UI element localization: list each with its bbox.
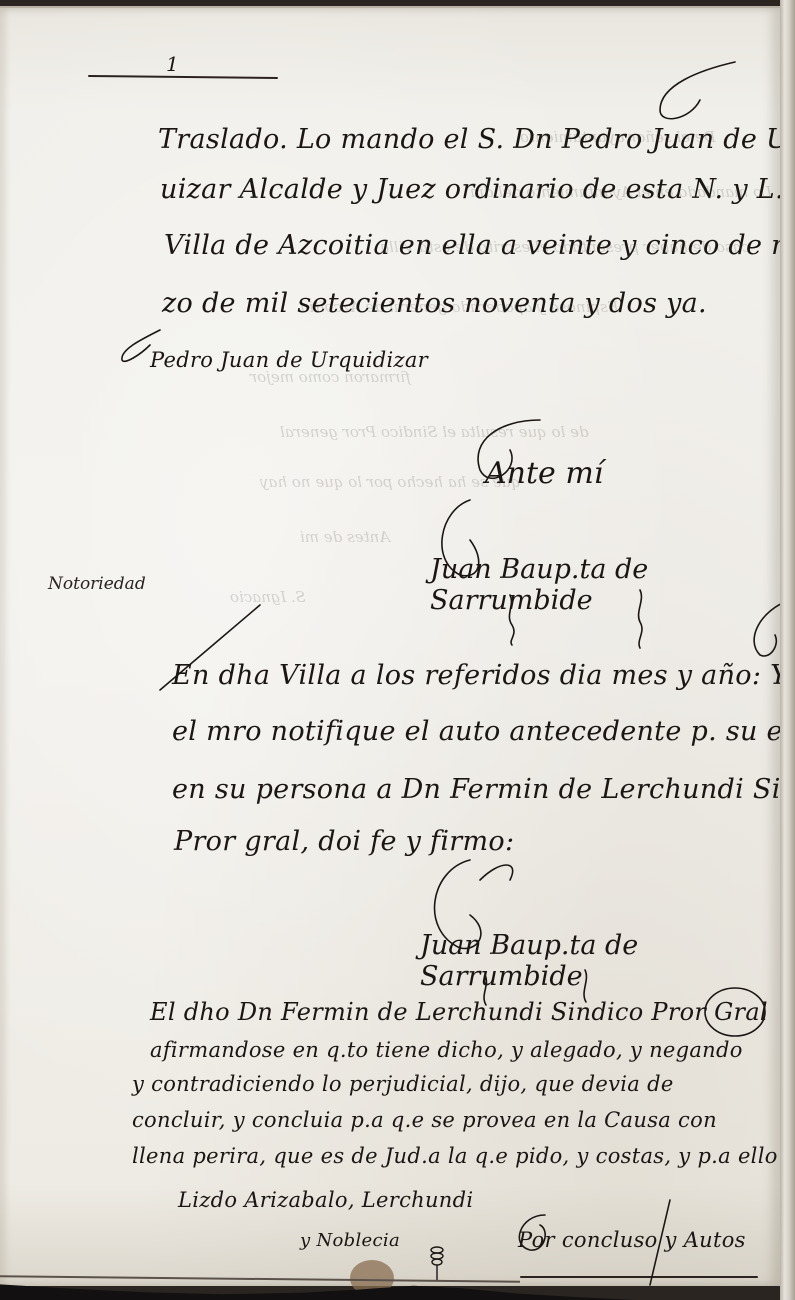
notification-line-4: Pror gral, doi fe y firmo: bbox=[174, 826, 514, 857]
petition-line-4: concluir, y concluia p.a q.e se provea e… bbox=[132, 1108, 717, 1132]
closing-decree: Por concluso y Autos bbox=[518, 1228, 746, 1252]
bleed-through-text: S. Ignacio bbox=[230, 588, 306, 606]
notification-line-3: en su persona a Dn Fermin de Lerchundi S… bbox=[172, 774, 795, 805]
decree-line-3: Villa de Azcoitia en ella a veinte y cin… bbox=[164, 230, 795, 261]
margin-note: Notoriedad bbox=[48, 574, 146, 594]
decree-line-2: uizar Alcalde y Juez ordinario de esta N… bbox=[160, 174, 784, 205]
notification-line-1: En dha Villa a los referidos dia mes y a… bbox=[172, 660, 795, 691]
petition-line-5: llena perira, que es de Jud.a la q.e pid… bbox=[132, 1144, 778, 1168]
bleed-through-text: que se ha hecho por lo que no hay bbox=[260, 473, 521, 491]
decree-line-1: Traslado. Lo mando el S. Dn Pedro Juan d… bbox=[158, 124, 795, 155]
escribano-signature-1: Juan Baup.ta de Sarrumbide bbox=[430, 554, 780, 616]
escribano-signature-2: Juan Baup.ta de Sarrumbide bbox=[420, 930, 780, 992]
closing-rule bbox=[520, 1276, 758, 1278]
petition-line-3: y contradiciendo lo perjudicial, dijo, q… bbox=[132, 1072, 674, 1096]
petition-line-1: El dho Dn Fermin de Lerchundi Sindico Pr… bbox=[150, 998, 768, 1026]
petition-line-2: afirmandose en q.to tiene dicho, y alega… bbox=[150, 1038, 743, 1062]
notification-line-2: el mro notifique el auto antecedente p. … bbox=[172, 716, 795, 747]
manuscript-scan: De el señor ayuntamiento Lo mandado en e… bbox=[0, 0, 795, 1300]
ante-mi-label: Ante mí bbox=[485, 456, 603, 491]
alcalde-signature: Pedro Juan de Urquidizar bbox=[150, 348, 428, 372]
header-mark: 1 bbox=[166, 52, 179, 76]
decree-line-4: zo de mil setecientos noventa y dos ya. bbox=[162, 288, 707, 319]
bleed-through-text: Antes de mi bbox=[300, 528, 390, 546]
petition-signers-2: y Noblecia bbox=[300, 1230, 400, 1251]
petition-signers: Lizdo Arizabalo, Lerchundi bbox=[178, 1188, 473, 1212]
bleed-through-text: de lo que resulta el Sindico Pror genera… bbox=[280, 423, 589, 441]
paper-page: De el señor ayuntamiento Lo mandado en e… bbox=[0, 6, 780, 1286]
header-rule bbox=[88, 75, 278, 79]
page-edge bbox=[780, 0, 795, 1300]
